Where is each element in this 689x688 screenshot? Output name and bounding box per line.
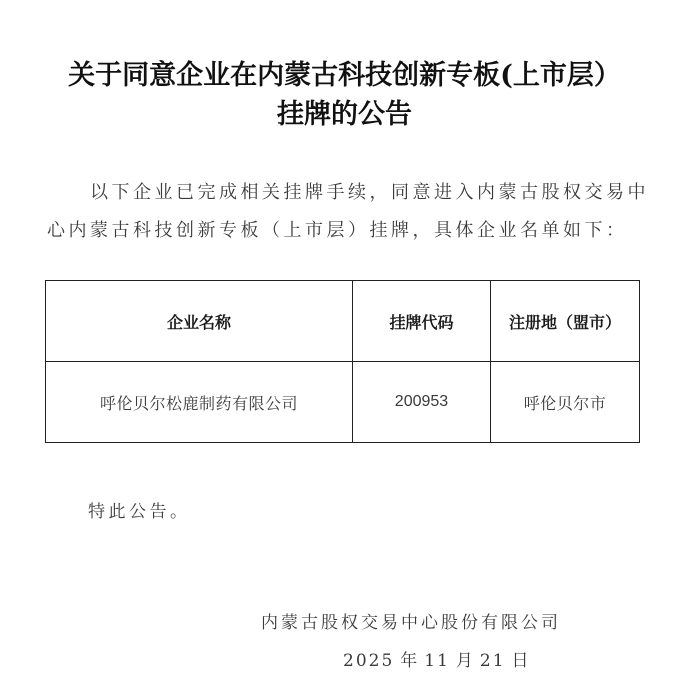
header-company-name: 企业名称 xyxy=(46,281,353,362)
announcement-title-line2: 挂牌的公告 xyxy=(0,92,689,131)
date-month: 11 xyxy=(424,651,450,671)
table-row: 呼伦贝尔松鹿制药有限公司 200953 呼伦贝尔市 xyxy=(46,362,640,443)
header-registered-region: 注册地（盟市） xyxy=(491,281,640,362)
closing-statement: 特此公告。 xyxy=(88,497,191,522)
date-day-unit: 日 xyxy=(512,651,530,671)
announcement-title-line1: 关于同意企业在内蒙古科技创新专板(上市层） xyxy=(0,53,689,92)
date-year: 2025 xyxy=(343,651,394,671)
cell-company-name: 呼伦贝尔松鹿制药有限公司 xyxy=(46,362,353,443)
body-paragraph-line2: 心内蒙古科技创新专板（上市层）挂牌，具体企业名单如下： xyxy=(47,216,628,242)
date-month-unit: 月 xyxy=(456,651,474,671)
issuing-organization: 内蒙古股权交易中心股份有限公司 xyxy=(261,608,561,633)
company-listing-table: 企业名称 挂牌代码 注册地（盟市） 呼伦贝尔松鹿制药有限公司 200953 呼伦… xyxy=(45,280,640,443)
cell-registered-region: 呼伦贝尔市 xyxy=(491,362,640,443)
date-day: 21 xyxy=(480,651,506,671)
date-year-unit: 年 xyxy=(400,651,418,671)
header-listing-code: 挂牌代码 xyxy=(353,281,491,362)
table-header-row: 企业名称 挂牌代码 注册地（盟市） xyxy=(46,281,640,362)
cell-listing-code: 200953 xyxy=(353,362,491,443)
issue-date: 2025年11月21日 xyxy=(343,646,536,671)
body-paragraph-line1: 以下企业已完成相关挂牌手续，同意进入内蒙古股权交易中 xyxy=(90,178,649,204)
